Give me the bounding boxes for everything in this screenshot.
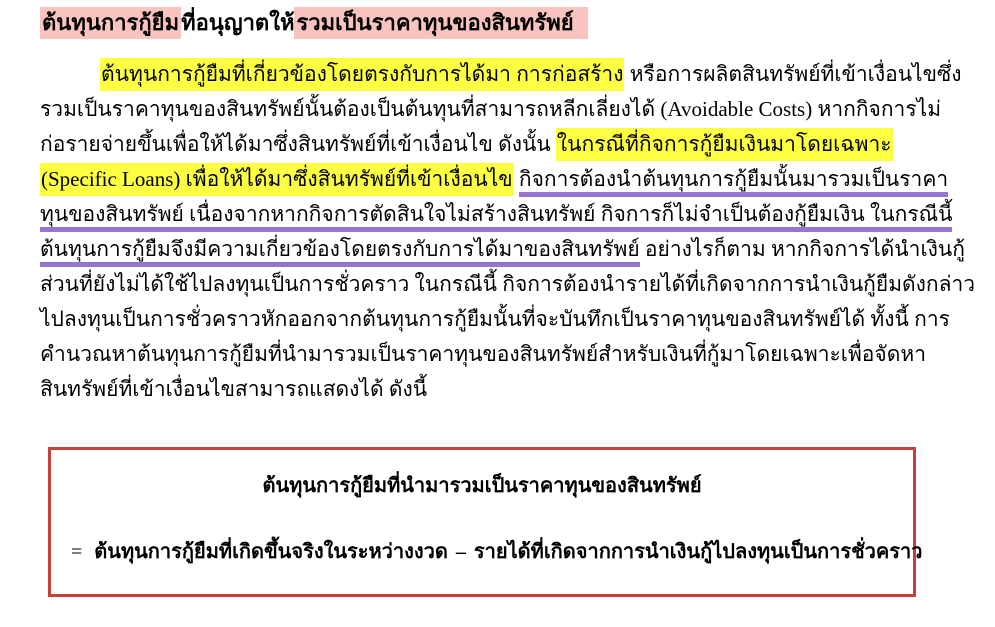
text-segment-plain: คำนวณหาต้นทุนการกู้ยืมที่นำมารวมเป็นราคา… [40, 342, 926, 366]
text-segment-plain: ส่วนที่ยังไม่ได้ใช้ไปลงทุนเป็นการชั่วครา… [40, 272, 975, 296]
formula-lhs: ต้นทุนการกู้ยืมที่เกิดขึ้นจริงในระหว่างง… [94, 538, 448, 566]
formula-rhs: รายได้ที่เกิดจากการนำเงินกู้ไปลงทุนเป็นก… [474, 538, 923, 566]
paragraph-line: (Specific Loans) เพื่อให้ได้มาซึ่งสินทรั… [40, 162, 953, 197]
text-segment-plain: รวมเป็นราคาทุนของสินทรัพย์นั้นต้องเป็นต้… [40, 97, 941, 121]
body-paragraph: ต้นทุนการกู้ยืมที่เกี่ยวข้องโดยตรงกับการ… [40, 57, 953, 407]
text-segment-underline: กิจการต้องนำต้นทุนการกู้ยืมนั้นมารวมเป็น… [519, 167, 948, 197]
text-segment-underline: ทุนของสินทรัพย์ เนื่องจากหากกิจการตัดสิน… [40, 202, 952, 232]
text-segment-plain: ก่อรายจ่ายขึ้นเพื่อให้ได้มาซึ่งสินทรัพย์… [40, 132, 556, 156]
text-segment-pink-trail: รวมเป็นราคาทุนของสินทรัพย์ [294, 7, 587, 39]
paragraph-line: ก่อรายจ่ายขึ้นเพื่อให้ได้มาซึ่งสินทรัพย์… [40, 127, 953, 162]
paragraph-line: คำนวณหาต้นทุนการกู้ยืมที่นำมารวมเป็นราคา… [40, 337, 953, 372]
paragraph-line: ต้นทุนการกู้ยืมจึงมีความเกี่ยวข้องโดยตรง… [40, 232, 953, 267]
formula-row: = ต้นทุนการกู้ยืมที่เกิดขึ้นจริงในระหว่า… [67, 538, 897, 566]
text-segment-plain: ไปลงทุนเป็นการชั่วคราวหักออกจากต้นทุนการ… [40, 307, 950, 331]
document-content: ต้นทุนการกู้ยืมที่อนุญาตให้รวมเป็นราคาทุ… [0, 0, 995, 597]
text-segment-yellow: ต้นทุนการกู้ยืมที่เกี่ยวข้องโดยตรงกับการ… [100, 58, 624, 91]
paragraph-line: ต้นทุนการกู้ยืมที่เกี่ยวข้องโดยตรงกับการ… [40, 57, 953, 92]
paragraph-line: ไปลงทุนเป็นการชั่วคราวหักออกจากต้นทุนการ… [40, 302, 953, 337]
paragraph-line: รวมเป็นราคาทุนของสินทรัพย์นั้นต้องเป็นต้… [40, 92, 953, 127]
document-page: ต้นทุนการกู้ยืมที่อนุญาตให้รวมเป็นราคาทุ… [0, 0, 995, 627]
equals-sign: = [71, 538, 82, 566]
text-segment-underline: ต้นทุนการกู้ยืมจึงมีความเกี่ยวข้องโดยตรง… [40, 237, 640, 267]
text-segment-yellow: ในกรณีที่กิจการกู้ยืมเงินมาโดยเฉพาะ [556, 128, 893, 161]
text-segment-plain: หรือการผลิตสินทรัพย์ที่เข้าเงื่อนไขซึ่ง [624, 62, 961, 86]
text-segment-plain: ที่อนุญาตให้ [181, 10, 294, 35]
text-segment-pink: ต้นทุนการกู้ยืม [40, 7, 181, 39]
paragraph-line: ส่วนที่ยังไม่ได้ใช้ไปลงทุนเป็นการชั่วครา… [40, 267, 953, 302]
page-title: ต้นทุนการกู้ยืมที่อนุญาตให้รวมเป็นราคาทุ… [40, 6, 953, 40]
text-segment-plain: สินทรัพย์ที่เข้าเงื่อนไขสามารถแสดงได้ ดั… [40, 377, 427, 401]
text-segment-plain: อย่างไรก็ตาม หากกิจการได้นำเงินกู้ [640, 237, 965, 261]
paragraph-line: สินทรัพย์ที่เข้าเงื่อนไขสามารถแสดงได้ ดั… [40, 372, 953, 407]
text-segment-yellow: (Specific Loans) เพื่อให้ได้มาซึ่งสินทรั… [40, 163, 514, 196]
minus-sign: – [456, 538, 466, 566]
formula-box-title: ต้นทุนการกู้ยืมที่นำมารวมเป็นราคาทุนของส… [67, 472, 897, 500]
formula-box: ต้นทุนการกู้ยืมที่นำมารวมเป็นราคาทุนของส… [48, 447, 916, 597]
paragraph-line: ทุนของสินทรัพย์ เนื่องจากหากกิจการตัดสิน… [40, 197, 953, 232]
